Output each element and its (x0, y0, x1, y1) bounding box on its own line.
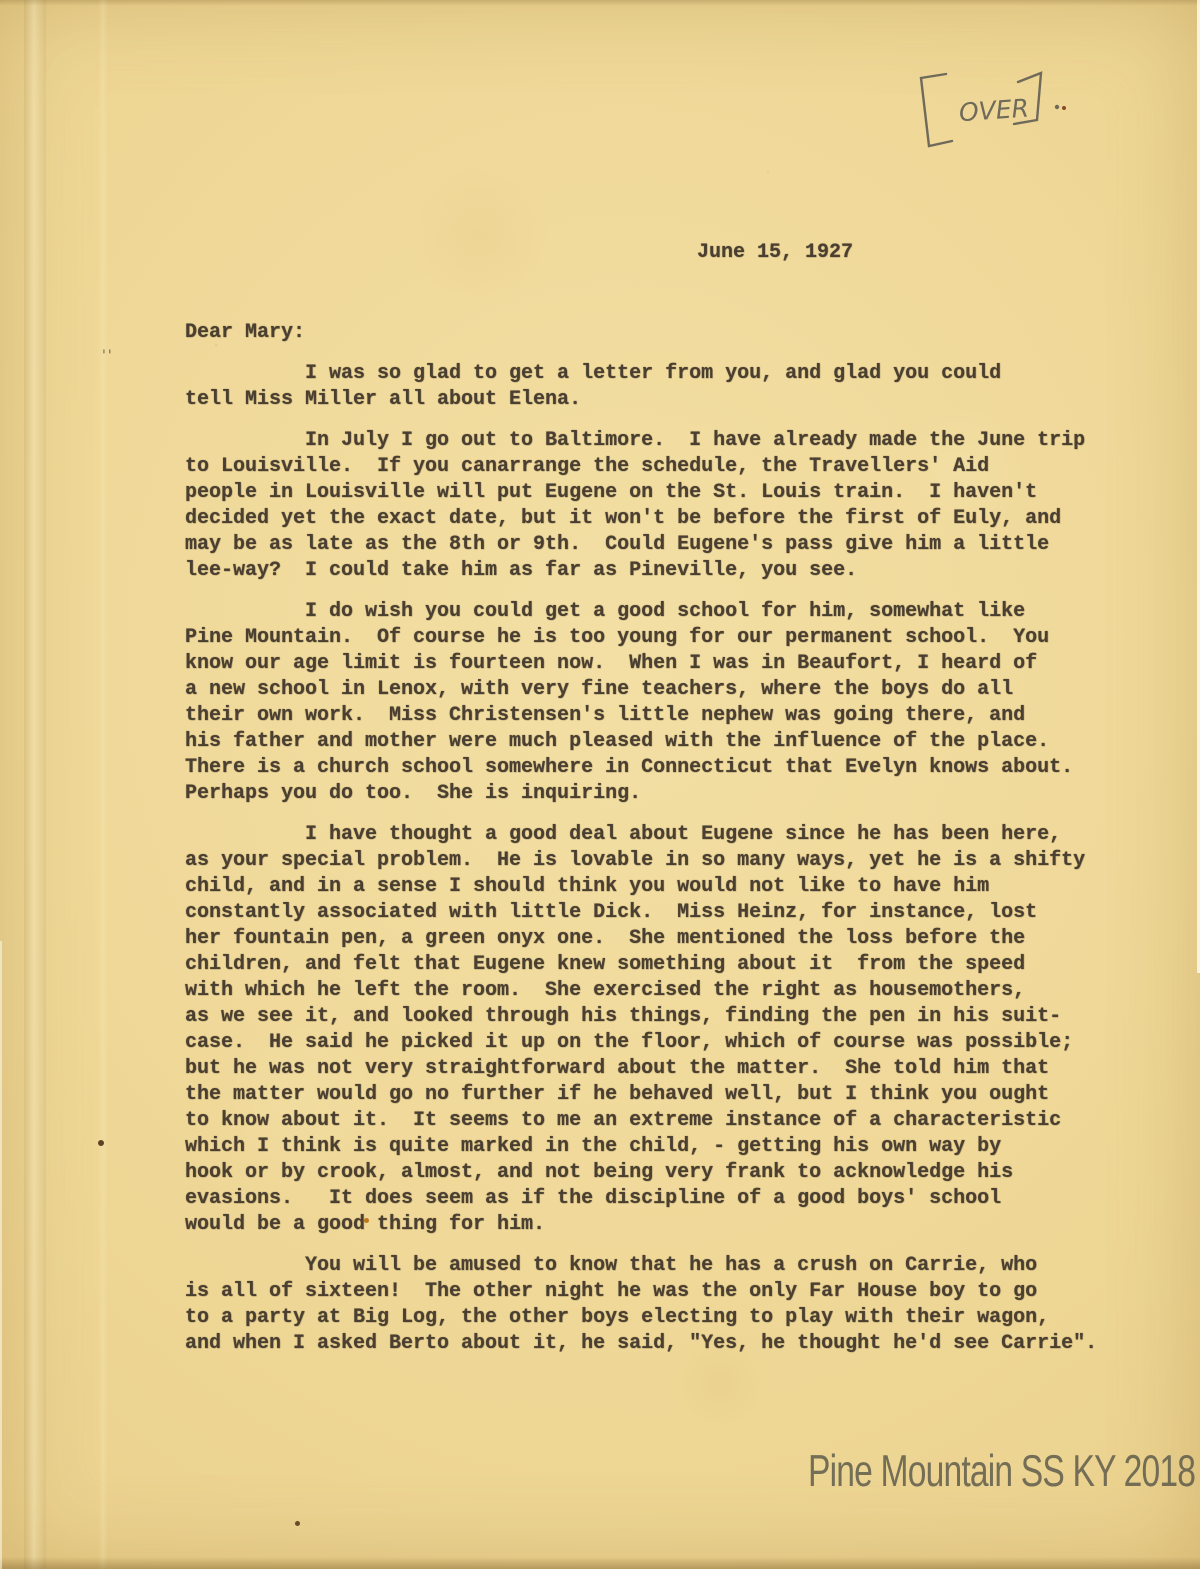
pencil-tick-marks: '' (102, 348, 114, 364)
letter-salutation: Dear Mary: (185, 320, 1145, 346)
paper-crease (24, 0, 46, 1569)
paper-speck (295, 1521, 300, 1526)
letter-body: June 15, 1927 Dear Mary: I was so glad t… (185, 0, 1145, 1357)
letter-paragraph-5: You will be amused to know that he has a… (185, 1253, 1145, 1357)
letter-paragraph-2: In July I go out to Baltimore. I have al… (185, 428, 1145, 584)
letter-paragraph-3: I do wish you could get a good school fo… (185, 599, 1145, 807)
archive-watermark: Pine Mountain SS KY 2018 (808, 1446, 1195, 1497)
paper-crease (98, 0, 108, 1569)
letter-paragraph-1: I was so glad to get a letter from you, … (185, 361, 1145, 413)
scanned-letter-page: OVER '' June 15, 1927 Dear Mary: I was s… (0, 0, 1200, 1569)
scan-edge-bottom (0, 1557, 1200, 1569)
letter-paragraph-4: I have thought a good deal about Eugene … (185, 822, 1145, 1238)
scan-edge-left (0, 941, 2, 1569)
paper-speck (98, 1140, 104, 1146)
letter-date: June 15, 1927 (697, 240, 1145, 266)
